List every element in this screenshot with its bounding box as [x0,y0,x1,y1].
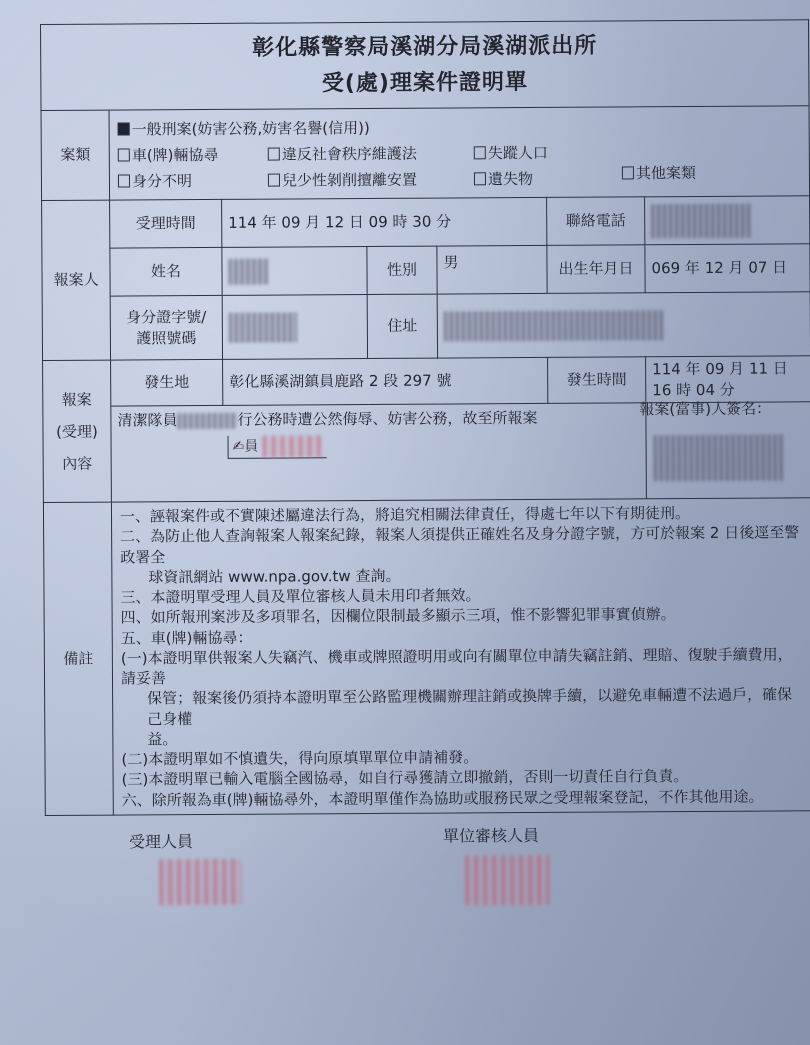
checkbox-icon [118,148,130,161]
document-title: 受(處)理案件證明單 [41,63,808,104]
reporter-signature-block: 報案(當事)人簽名： [639,397,810,481]
redacted-officer-name [177,412,237,428]
receiver-stamp-redacted [159,859,241,906]
checkbox-social-order[interactable]: 違反社會秩序維護法 [268,140,474,167]
occur-time-label: 發生時間 [548,357,646,404]
name-value [222,247,367,296]
birthdate-value: 069 年 12 月 07 日 [645,244,810,293]
checkbox-other[interactable]: 其他案類 [622,154,696,190]
report-section-label: 報案 (受理) 內容 [43,360,112,502]
report-certificate: 彰化縣警察局溪湖分局溪湖派出所 受(處)理案件證明單 案類 一般刑案(妨害公務,… [40,19,810,935]
received-time-label: 受理時間 [110,199,222,248]
redacted-phone [651,203,751,238]
redacted-name [228,258,268,284]
checkbox-general-criminal[interactable]: 一般刑案(妨害公務,妨害名譽(信用)) [118,114,370,142]
name-label: 姓名 [110,247,222,296]
signature-section: 受理人員 單位審核人員 [45,811,810,936]
checkbox-child-exploitation[interactable]: 兒少性剝削擅離安置 [268,166,474,193]
redacted-signature [654,434,784,481]
signature-label: 報案(當事)人簽名： [639,397,809,419]
address-value [437,292,810,358]
checkbox-icon [268,174,280,187]
case-type-label: 案類 [41,110,110,200]
location-value: 彰化縣溪湖鎮員鹿路 2 段 297 號 [223,357,548,405]
reviewer-label: 單位審核人員 [443,823,539,847]
occur-time-value: 114 年 09 月 11 日 16 時 04 分 [646,356,810,403]
phone-label: 聯絡電話 [547,197,645,246]
checked-box-icon [118,122,130,135]
birthdate-label: 出生年月日 [547,245,645,294]
address-label: 住址 [367,294,437,358]
stamp-mark: ✍ [233,438,245,457]
title-cell: 彰化縣警察局溪湖分局溪湖派出所 受(處)理案件證明單 [41,20,810,111]
checkbox-icon [474,172,486,185]
checkbox-lost-property[interactable]: 遺失物 [474,165,622,192]
redacted-id [229,312,297,342]
received-time-value: 114 年 09 月 12 日 09 時 30 分 [222,197,547,247]
redacted-stamp [262,436,322,458]
checkbox-icon [622,166,634,179]
redacted-address [444,310,664,341]
notes-label: 備註 [43,502,113,815]
gender-value: 男 [437,245,547,294]
checkbox-icon [268,148,280,161]
document-title-agency: 彰化縣警察局溪湖分局溪湖派出所 [41,27,808,68]
officer-stamp: ✍ 員 [228,436,327,460]
receiver-label: 受理人員 [129,829,193,852]
location-label: 發生地 [111,359,223,406]
checkbox-vehicle-search[interactable]: 車(牌)輛協尋 [118,141,268,168]
id-label: 身分證字號/ 護照號碼 [110,295,222,360]
checkbox-unknown-identity[interactable]: 身分不明 [118,167,268,194]
checkbox-missing-person[interactable]: 失蹤人口 [474,139,548,165]
reporter-section-label: 報案人 [42,200,111,360]
report-content: 清潔隊員行公務時遭公然侮辱、妨害公務，故至所報案 ✍ 員 [111,403,647,502]
reviewer-stamp-redacted [465,855,549,906]
case-type-options: 一般刑案(妨害公務,妨害名譽(信用)) 車(牌)輛協尋 違反社會秩序維護法 失蹤… [109,106,810,200]
id-value [222,295,367,360]
gender-label: 性別 [367,246,437,294]
notes-content: 一、誣報案件或不實陳述屬違法行為，將追究相關法律責任，得處七年以下有期徒刑。 二… [111,498,810,815]
phone-value [645,196,810,245]
checkbox-icon [118,174,130,187]
checkbox-icon [474,146,486,159]
